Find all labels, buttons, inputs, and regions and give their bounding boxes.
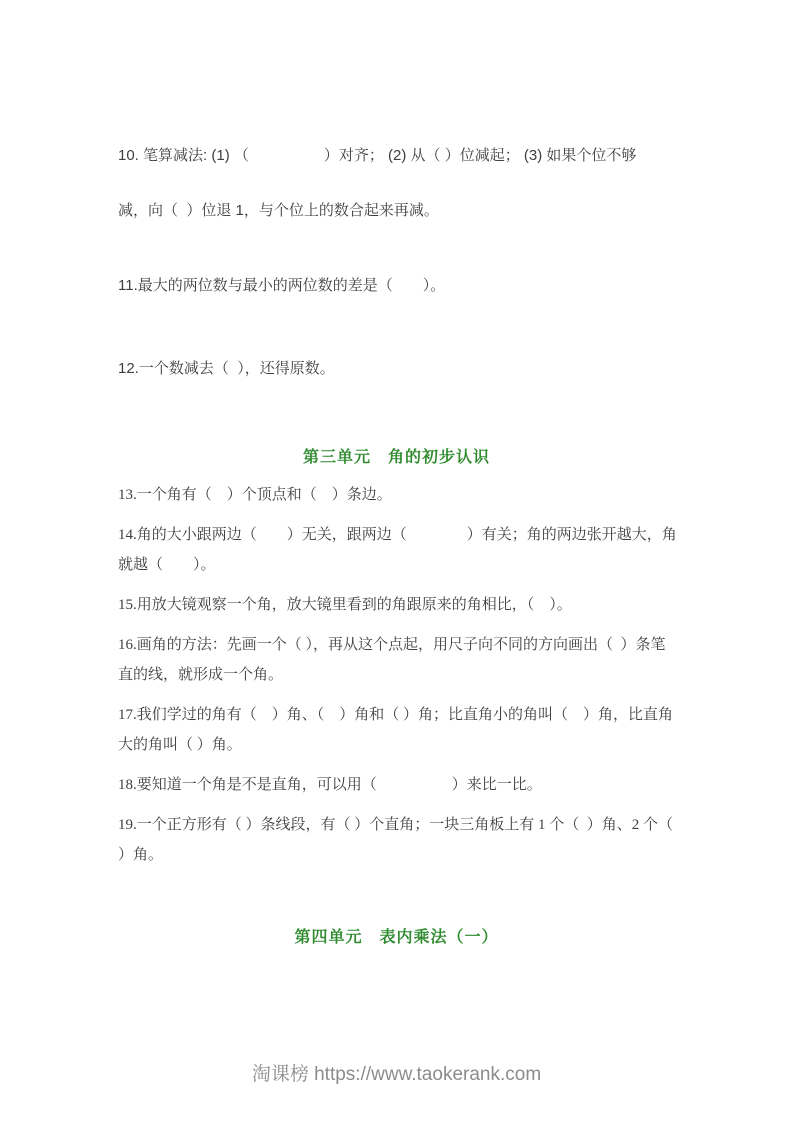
question-section-unit3: 13.一个角有（ ）个顶点和（ ）条边。 14.角的大小跟两边（ ）无关，跟两边… (118, 480, 680, 880)
footer-watermark: 淘课榜 https://www.taokerank.com (0, 1062, 793, 1088)
question-item-12: 12.一个数减去（ ），还得原数。 (118, 341, 648, 396)
question-item-19: 19.一个正方形有（ ）条线段，有（ ）个直角；一块三角板上有 1 个（ ）角、… (118, 810, 680, 870)
document-page: 10. 笔算减法: (1) （ ）对齐； (2) 从（ ）位减起； (3) 如果… (0, 0, 793, 1122)
question-item-10: 10. 笔算减法: (1) （ ）对齐； (2) 从（ ）位减起； (3) 如果… (118, 128, 648, 238)
question-item-17: 17.我们学过的角有（ ）角、（ ）角和（ ）角；比直角小的角叫（ ）角，比直角… (118, 700, 680, 760)
question-item-16: 16.画角的方法：先画一个（ ），再从这个点起，用尺子向不同的方向画出（ ）条笔… (118, 630, 680, 690)
question-item-14: 14.角的大小跟两边（ ）无关，跟两边（ ）有关；角的两边张开越大，角就越（ ）… (118, 520, 680, 580)
question-item-15: 15.用放大镜观察一个角，放大镜里看到的角跟原来的角相比，（ ）。 (118, 590, 680, 620)
question-item-18: 18.要知道一个角是不是直角，可以用（ ）来比一比。 (118, 770, 680, 800)
question-section-unit2: 10. 笔算减法: (1) （ ）对齐； (2) 从（ ）位减起； (3) 如果… (118, 128, 648, 396)
unit4-heading: 第四单元 表内乘法（一） (0, 924, 793, 947)
question-item-11: 11.最大的两位数与最小的两位数的差是（ ）。 (118, 258, 648, 313)
unit3-heading: 第三单元 角的初步认识 (0, 444, 793, 467)
question-item-13: 13.一个角有（ ）个顶点和（ ）条边。 (118, 480, 680, 510)
